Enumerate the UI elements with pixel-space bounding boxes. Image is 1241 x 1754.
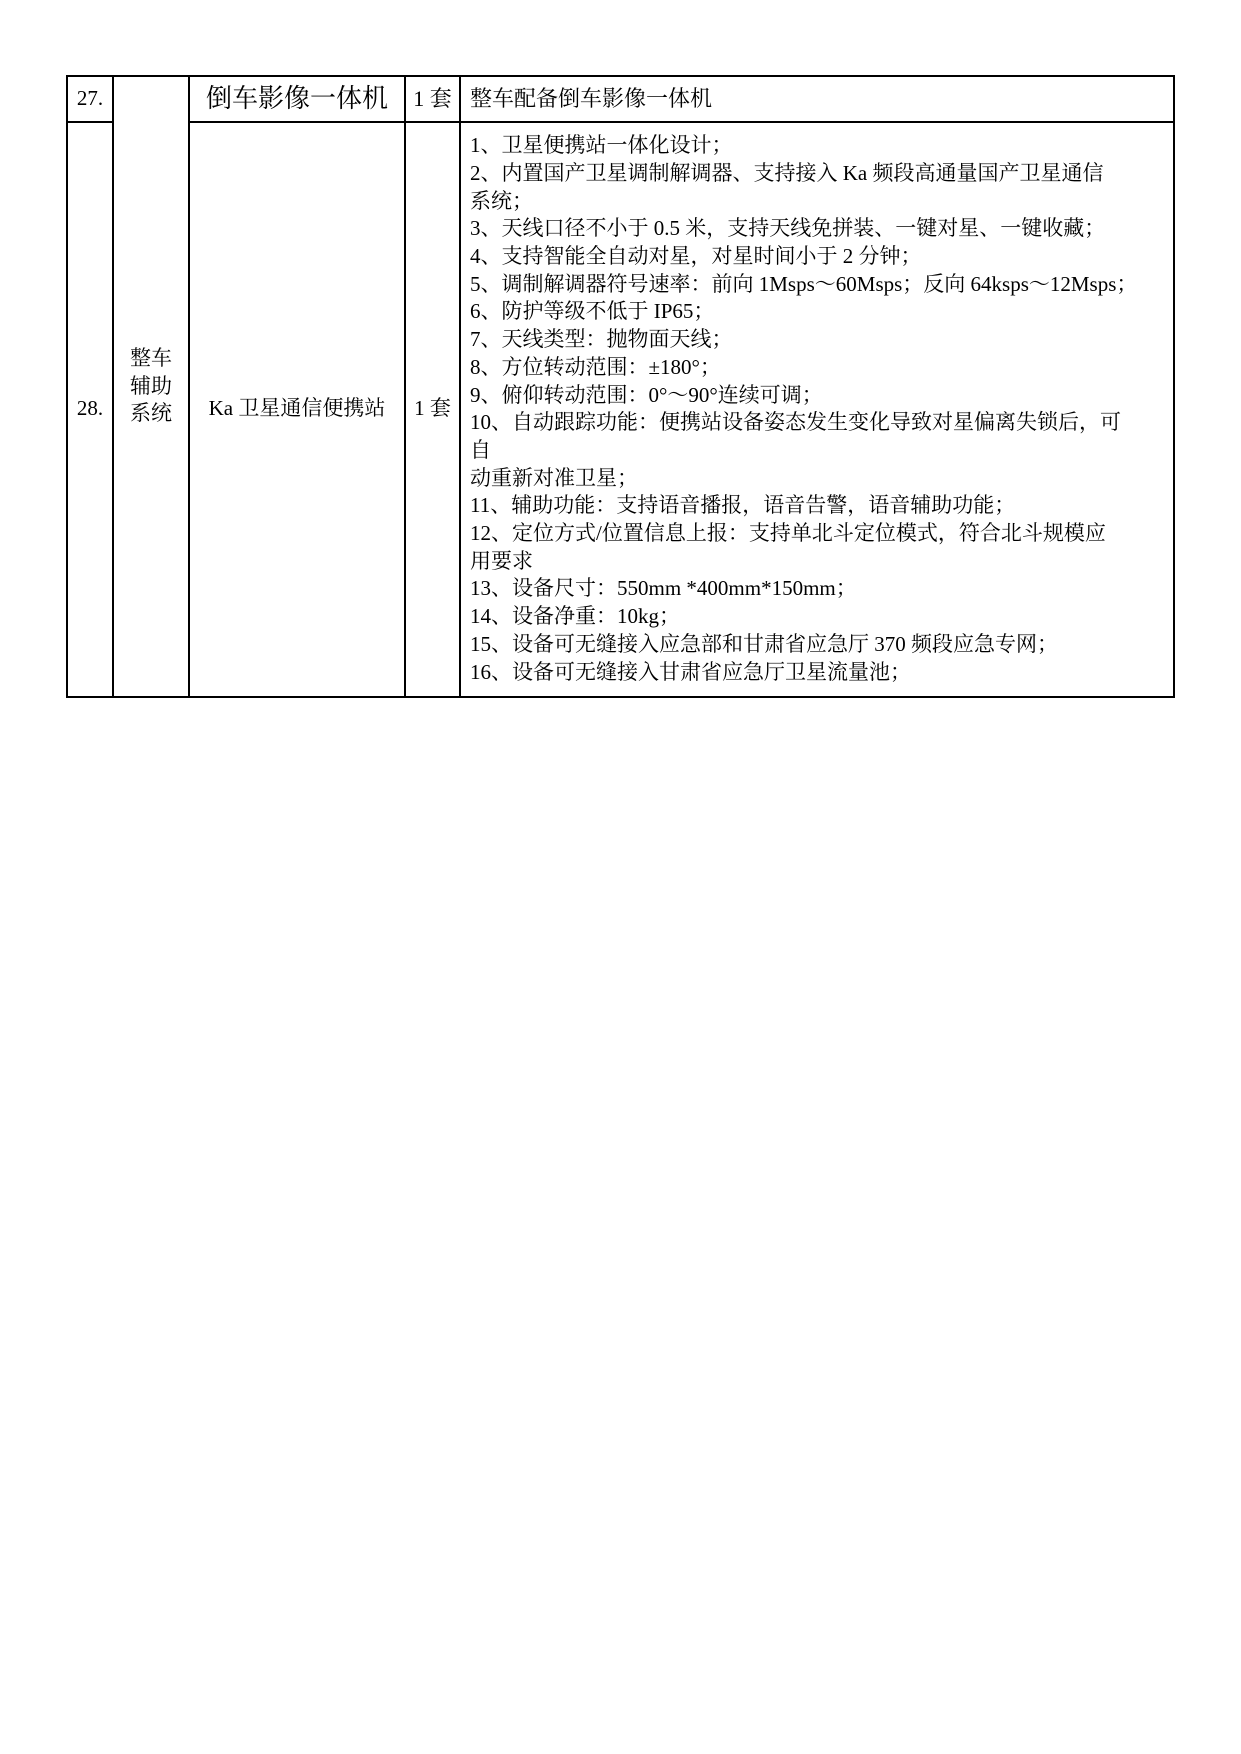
spec-line: 10、自动跟踪功能：便携站设备姿态发生变化导致对星偏离失锁后，可 xyxy=(470,409,1165,437)
item-name-cell: Ka 卫星通信便携站 xyxy=(189,122,405,697)
spec-line: 系统； xyxy=(470,188,1165,216)
spec-line: 9、俯仰转动范围：0°～90°连续可调； xyxy=(470,382,1165,410)
spec-line: 11、辅助功能：支持语音播报，语音告警，语音辅助功能； xyxy=(470,492,1165,520)
category-cell: 整车辅助系统 xyxy=(113,76,189,697)
table-row-28: 28. Ka 卫星通信便携站 1 套 1、卫星便携站一体化设计；2、内置国产卫星… xyxy=(67,122,1174,697)
spec-cell: 1、卫星便携站一体化设计；2、内置国产卫星调制解调器、支持接入 Ka 频段高通量… xyxy=(460,122,1174,697)
spec-line: 15、设备可无缝接入应急部和甘肃省应急厅 370 频段应急专网； xyxy=(470,631,1165,659)
quantity-cell: 1 套 xyxy=(405,76,460,122)
spec-line: 2、内置国产卫星调制解调器、支持接入 Ka 频段高通量国产卫星通信 xyxy=(470,160,1165,188)
table-row-27: 27. 整车辅助系统 倒车影像一体机 1 套 整车配备倒车影像一体机 xyxy=(67,76,1174,122)
spec-line: 6、防护等级不低于 IP65； xyxy=(470,298,1165,326)
document-page: 27. 整车辅助系统 倒车影像一体机 1 套 整车配备倒车影像一体机 28. K… xyxy=(0,0,1241,1754)
spec-line: 7、天线类型：抛物面天线； xyxy=(470,326,1165,354)
spec-line: 5、调制解调器符号速率：前向 1Msps～60Msps；反向 64ksps～12… xyxy=(470,271,1165,299)
spec-line: 14、设备净重：10kg； xyxy=(470,603,1165,631)
row-number-cell: 28. xyxy=(67,122,113,697)
spec-line: 用要求 xyxy=(470,548,1165,576)
row-number-cell: 27. xyxy=(67,76,113,122)
spec-line: 3、天线口径不小于 0.5 米，支持天线免拼装、一键对星、一键收藏； xyxy=(470,215,1165,243)
spec-line: 16、设备可无缝接入甘肃省应急厅卫星流量池； xyxy=(470,659,1165,687)
spec-cell: 整车配备倒车影像一体机 xyxy=(460,76,1174,122)
spec-line: 13、设备尺寸：550mm *400mm*150mm； xyxy=(470,575,1165,603)
spec-line: 1、卫星便携站一体化设计； xyxy=(470,132,1165,160)
spec-line: 8、方位转动范围：±180°； xyxy=(470,354,1165,382)
spec-line: 整车配备倒车影像一体机 xyxy=(470,85,1165,113)
spec-line: 12、定位方式/位置信息上报：支持单北斗定位模式，符合北斗规模应 xyxy=(470,520,1165,548)
item-name-cell: 倒车影像一体机 xyxy=(189,76,405,122)
spec-line: 动重新对准卫星； xyxy=(470,465,1165,493)
quantity-cell: 1 套 xyxy=(405,122,460,697)
category-line: 整车 xyxy=(114,345,188,373)
category-line: 系统 xyxy=(114,400,188,428)
category-line: 辅助 xyxy=(114,373,188,401)
spec-line: 自 xyxy=(470,437,1165,465)
spec-line: 4、支持智能全自动对星，对星时间小于 2 分钟； xyxy=(470,243,1165,271)
equipment-spec-table: 27. 整车辅助系统 倒车影像一体机 1 套 整车配备倒车影像一体机 28. K… xyxy=(66,75,1175,698)
